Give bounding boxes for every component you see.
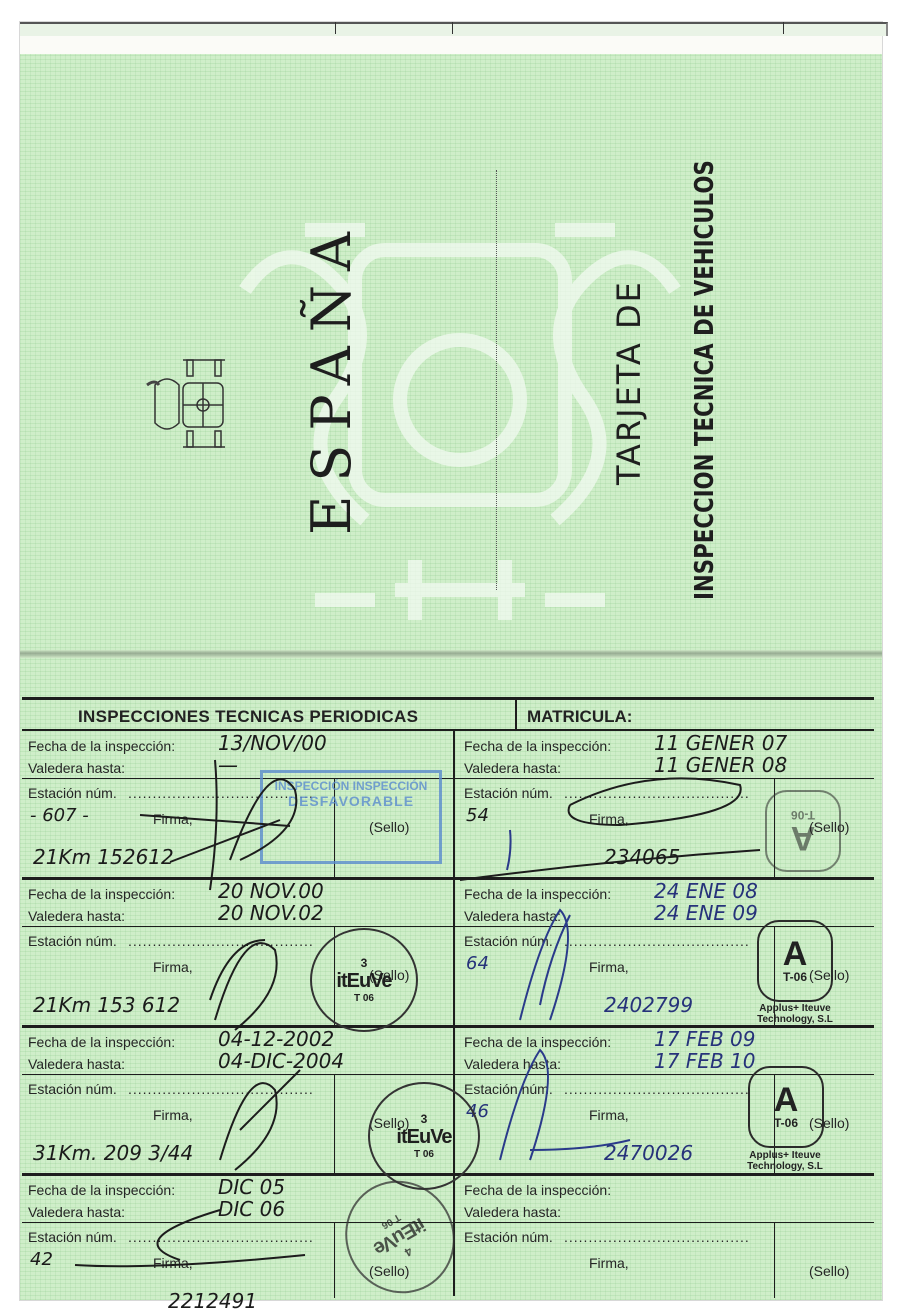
- handwritten-signatures: [0, 0, 900, 1310]
